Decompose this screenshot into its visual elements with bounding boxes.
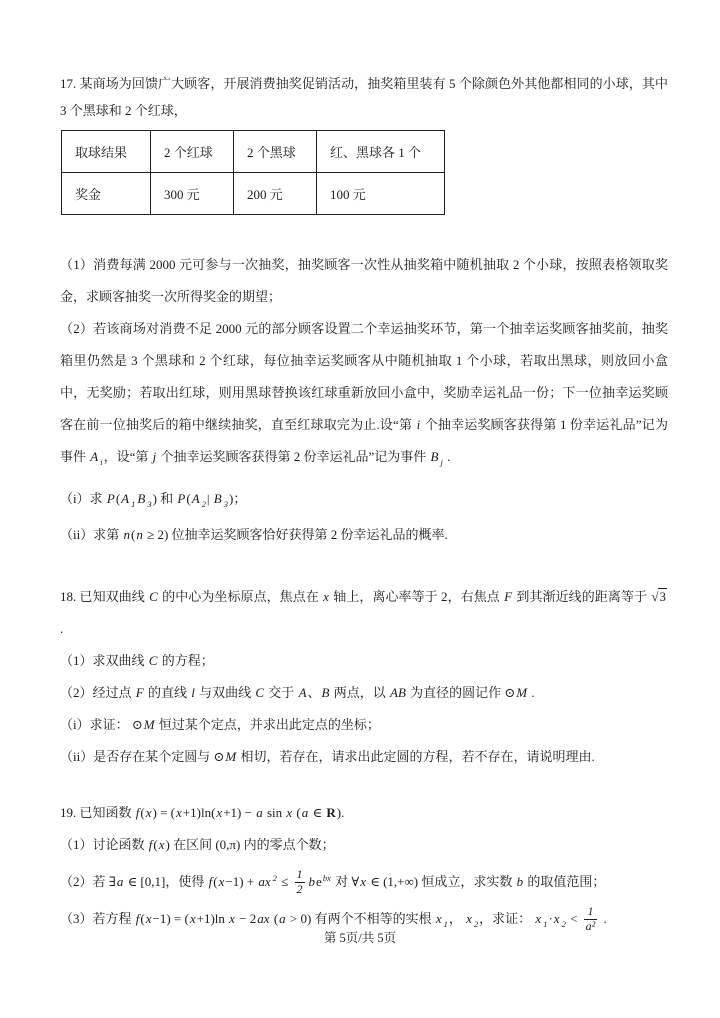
- page-number: 第 5页/共 5页: [324, 931, 396, 945]
- q19-part2: （2）若 ∃a ∈ [0,1]，使得 f(x−1) + ax2 ≤ 12bebx…: [60, 866, 668, 898]
- table-cell-two-red: 2 个红球: [151, 131, 234, 173]
- q19-intro: 19. 已知函数 f(x) = (x+1)ln(x+1) − a sin x (…: [60, 797, 668, 829]
- exam-page: 17. 某商场为回馈广大顾客，开展消费抽奖促销活动，抽奖箱里装有 5 个除颜色外…: [0, 0, 720, 1018]
- prize-table-header-row: 取球结果 2 个红球 2 个黑球 红、黑球各 1 个: [62, 131, 445, 173]
- q18-item-i: （i）求证： ⊙M 恒过某个定点，并求出此定点的坐标；: [60, 709, 668, 741]
- q18-part1: （1）求双曲线 C 的方程；: [60, 645, 668, 677]
- q17-item-ii: （ii）求第 n(n ≥ 2) 位抽幸运奖顾客恰好获得第 2 份幸运礼品的概率.: [60, 519, 668, 551]
- table-cell-prize-label: 奖金: [62, 173, 151, 215]
- prize-table: 取球结果 2 个红球 2 个黑球 红、黑球各 1 个 奖金 300 元 200 …: [61, 130, 445, 215]
- table-cell-result-label: 取球结果: [62, 131, 151, 173]
- table-cell-one-each: 红、黑球各 1 个: [317, 131, 445, 173]
- table-cell-prize-100: 100 元: [317, 173, 445, 215]
- table-cell-prize-300: 300 元: [151, 173, 234, 215]
- q18-part2: （2）经过点 F 的直线 l 与双曲线 C 交于 A、B 两点，以 AB 为直径…: [60, 677, 668, 709]
- question-19: 19. 已知函数 f(x) = (x+1)ln(x+1) − a sin x (…: [60, 797, 668, 935]
- question-18: 18. 已知双曲线 C 的中心为坐标原点，焦点在 x 轴上，离心率等于 2，右焦…: [60, 581, 668, 773]
- prize-table-value-row: 奖金 300 元 200 元 100 元: [62, 173, 445, 215]
- q18-intro: 18. 已知双曲线 C 的中心为坐标原点，焦点在 x 轴上，离心率等于 2，右焦…: [60, 581, 668, 645]
- table-cell-prize-200: 200 元: [234, 173, 317, 215]
- table-cell-two-black: 2 个黑球: [234, 131, 317, 173]
- q17-part1: （1）消费每满 2000 元可参与一次抽奖，抽奖顾客一次性从抽奖箱中随机抽取 2…: [60, 249, 668, 313]
- q17-intro: 17. 某商场为回馈广大顾客，开展消费抽奖促销活动，抽奖箱里装有 5 个除颜色外…: [60, 70, 668, 124]
- page-footer: 第 5页/共 5页: [0, 928, 720, 946]
- q17-item-i: （i）求 P(A1B3) 和 P(A2| B3)；: [60, 483, 668, 515]
- q18-item-ii: （ii）是否存在某个定圆与 ⊙M 相切，若存在，请求出此定圆的方程，若不存在，请…: [60, 741, 668, 773]
- question-17: 17. 某商场为回馈广大顾客，开展消费抽奖促销活动，抽奖箱里装有 5 个除颜色外…: [60, 70, 668, 551]
- q17-part2: （2）若该商场对消费不足 2000 元的部分顾客设置二个幸运抽奖环节，第一个抽幸…: [60, 313, 668, 473]
- q19-part1: （1）讨论函数 f(x) 在区间 (0,π) 内的零点个数；: [60, 829, 668, 861]
